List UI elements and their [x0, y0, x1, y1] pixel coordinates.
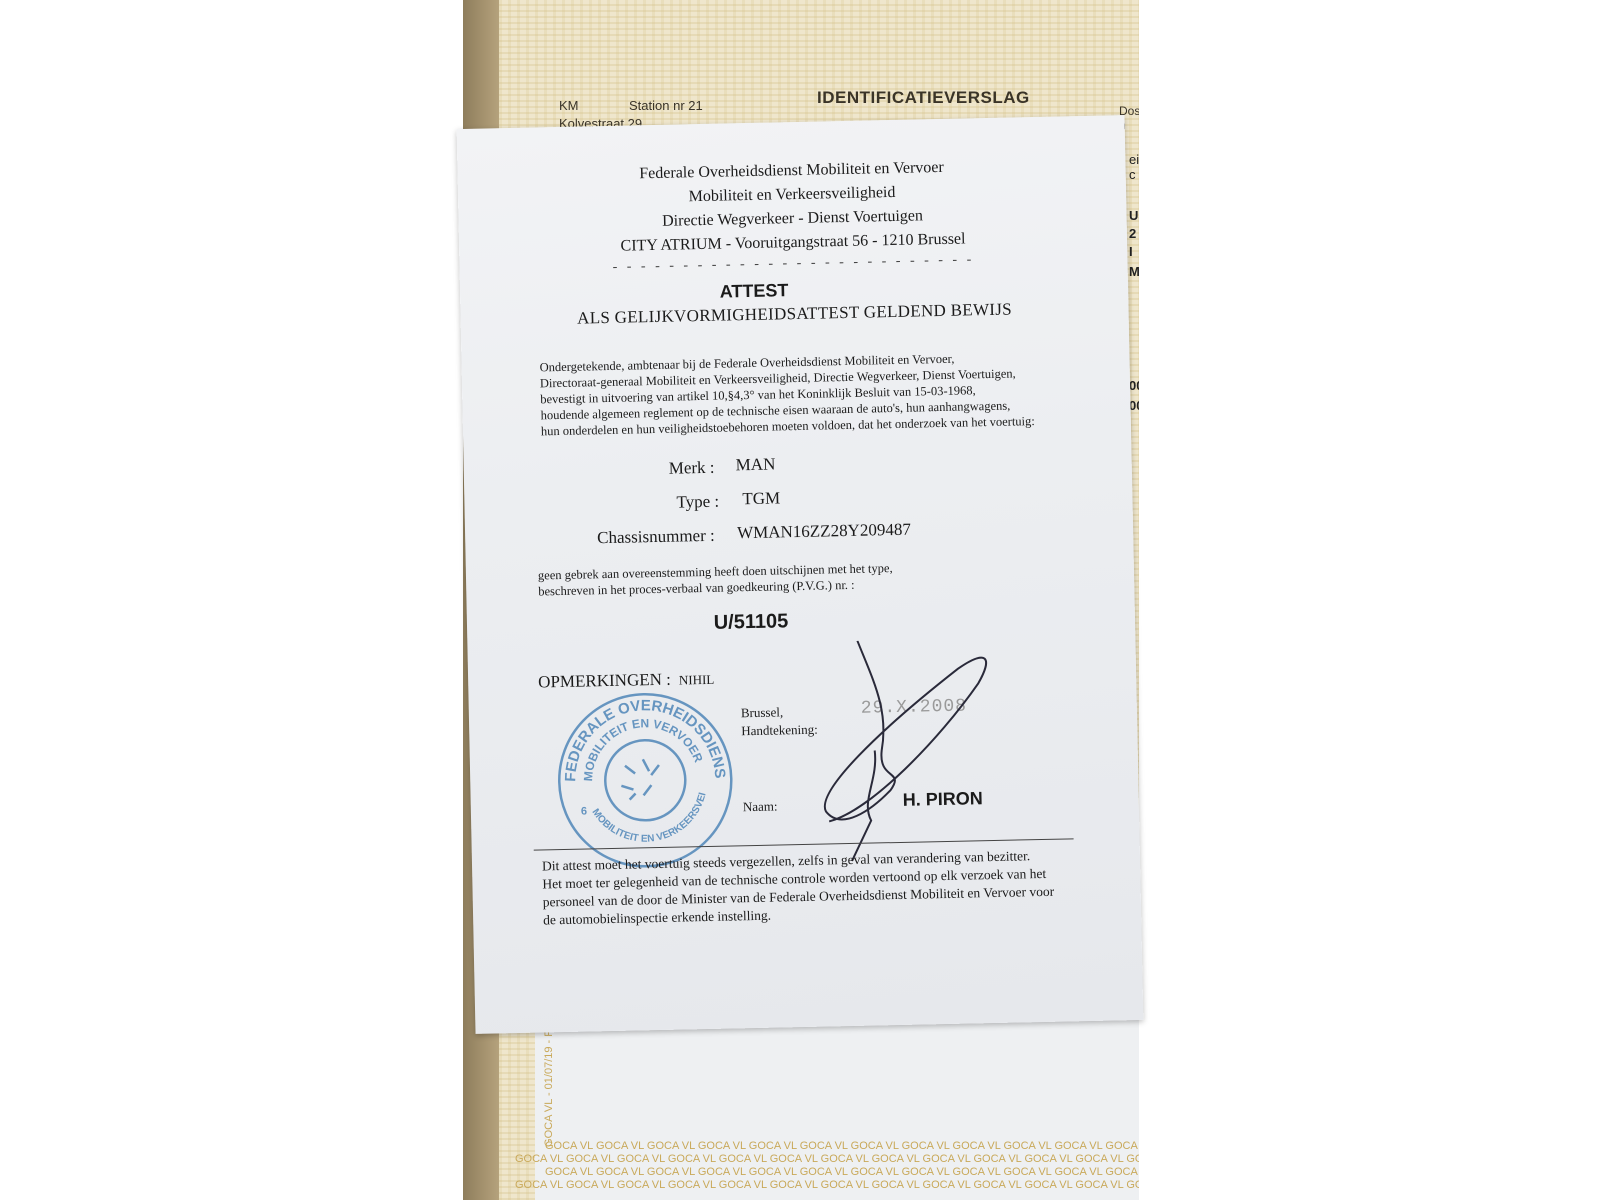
svg-text:FEDERALE OVERHEIDSDIENST: FEDERALE OVERHEIDSDIENST — [548, 683, 728, 782]
merk-label: Merk : — [669, 458, 715, 479]
svg-text:6: 6 — [581, 806, 587, 818]
chassis-label: Chassisnummer : — [597, 526, 715, 548]
form-side-fragment: 00 — [1129, 378, 1139, 393]
handwritten-signature-icon — [817, 638, 1002, 872]
form-title: IDENTIFICATIEVERSLAG — [817, 88, 1030, 108]
form-side-fragment: U511 — [1129, 208, 1139, 223]
pvg-number: U/51105 — [417, 604, 1085, 641]
form-side-fragment: eikt c — [1129, 152, 1139, 182]
form-km-label: KM — [559, 98, 579, 113]
merk-value: MAN — [735, 454, 775, 475]
chassis-value: WMAN16ZZ28Y209487 — [737, 520, 911, 544]
place-label: Brussel, — [741, 704, 784, 721]
watermark-row: GOCA VL GOCA VL GOCA VL GOCA VL GOCA VL … — [545, 1166, 1139, 1178]
watermark-row: GOCA VL GOCA VL GOCA VL GOCA VL GOCA VL … — [545, 1140, 1139, 1152]
footer-notice: Dit attest moet het voertuig steeds verg… — [542, 845, 1123, 929]
watermark-row: GOCA VL GOCA VL GOCA VL GOCA VL GOCA VL … — [515, 1179, 1139, 1191]
form-lower-area: GOCA VL - 01/07/19 - F GOCA VL GOCA VL G… — [535, 1010, 1139, 1200]
security-print-code: GOCA VL - 01/07/19 - F — [543, 1030, 556, 1147]
attest-document: Federale Overheidsdienst Mobiliteit en V… — [457, 115, 1144, 1034]
type-value: TGM — [742, 488, 780, 509]
form-station: Station nr 21 — [629, 98, 703, 113]
form-side-fragment: 2 — [1129, 226, 1136, 241]
signature-label: Handtekening: — [741, 722, 818, 740]
name-label: Naam: — [743, 799, 778, 816]
watermark-row: GOCA VL GOCA VL GOCA VL GOCA VL GOCA VL … — [515, 1153, 1139, 1165]
form-side-fragment: I — [1129, 244, 1133, 259]
conformity-paragraph: geen gebrek aan overeenstemming heeft do… — [538, 556, 1099, 600]
type-label: Type : — [676, 492, 719, 513]
form-side-fragment: Mec — [1129, 264, 1139, 279]
intro-paragraph: Ondergetekende, ambtenaar bij de Federal… — [539, 348, 1101, 440]
